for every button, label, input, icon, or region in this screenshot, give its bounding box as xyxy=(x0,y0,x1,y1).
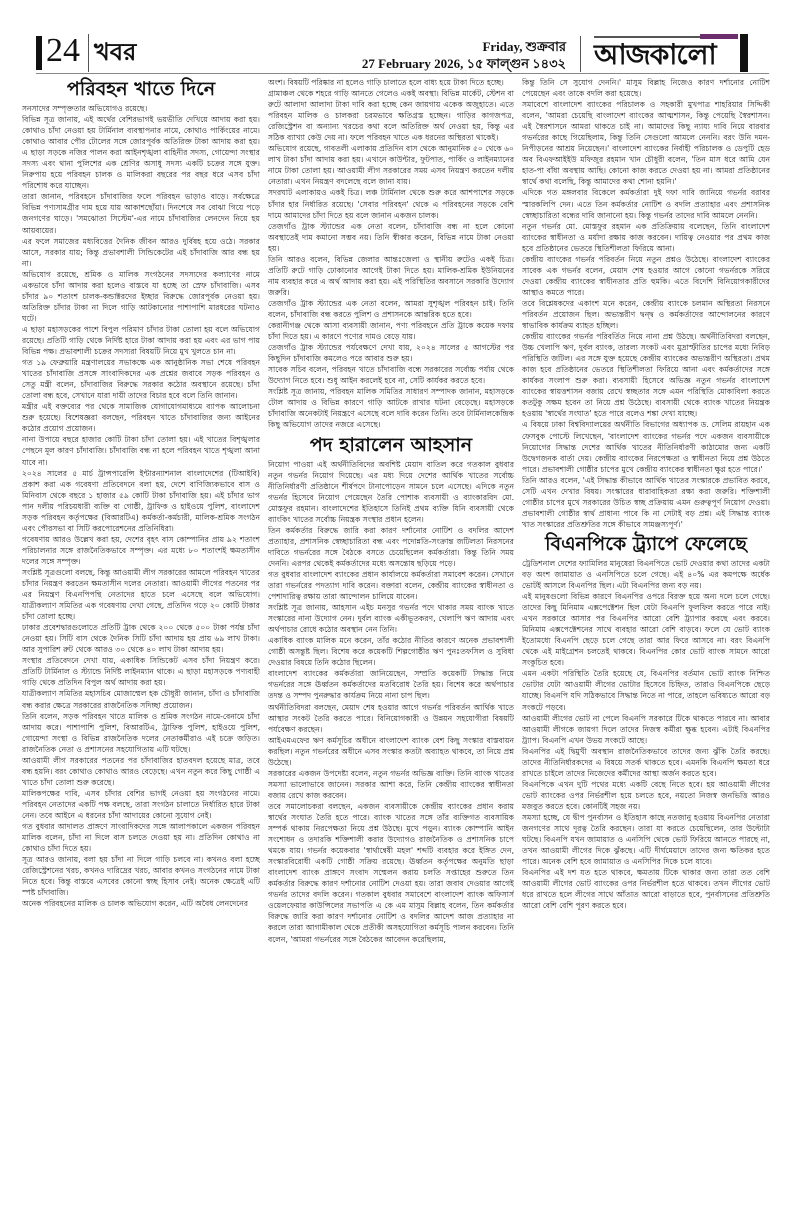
article-body: ট্রেডিশনাল দেশের ফ্যামিলির মানুষেরা বিএন… xyxy=(522,558,770,912)
paragraph: সমাবেশে বাংলাদেশ ব্যাংকের পরিচালক ও সহকা… xyxy=(522,99,770,187)
paragraph: আইএমএফের ঋণ কর্মসূচির অধীনে বাংলাদেশ ব্য… xyxy=(268,735,514,768)
paragraph: আওয়ামী লীগের ভোট না পেলে বিএনপি সরকারে … xyxy=(522,713,770,746)
paragraph: ট্রেডিশনাল দেশের ফ্যামিলির মানুষেরা বিএন… xyxy=(522,558,770,591)
paragraph: তেজগাঁও ট্রাক স্ট্যান্ডের এক নেতা বলেন, … xyxy=(268,221,514,254)
masthead: 24 খবর Friday, শুক্রবার 27 February 2026… xyxy=(36,34,756,74)
paragraph: সমস্যা হচ্ছে, যে দ্বীপ পুনর্বাসন ও ইতিহা… xyxy=(522,812,770,867)
paragraph: সংশ্লিষ্ট সূত্রগুলো বলছে, কিন্তু আওয়ামী… xyxy=(22,567,260,622)
article-column-left: পরিবহন খাতে দিনে সনসাদের সম্পৃক্ততার অভি… xyxy=(22,77,260,1147)
article-body: কিন্তু তিনি সে সুযোগ দেননি।' মাসুম বিল্ল… xyxy=(522,77,770,530)
paragraph: বিএনপিকে এখন দুটি পথের মধ্যে একটি বেছে ন… xyxy=(522,779,770,812)
divider xyxy=(580,36,581,72)
article-column-middle: অংশ। বিষয়টি পরিষ্কার না হলেও গাড়ি চালা… xyxy=(268,77,514,1147)
article-column-right: কিন্তু তিনি সে সুযোগ দেননি।' মাসুম বিল্ল… xyxy=(522,77,770,1147)
page-number: 24 xyxy=(46,32,80,70)
paragraph: যাত্রীকল্যাণ সমিতির মহাসচিব মোজাম্মেল হক… xyxy=(22,688,260,710)
paragraph: সরকারের একজন উপদেষ্টা বলেন, নতুন গভর্নর … xyxy=(268,768,514,801)
paragraph: কেরানীগঞ্জ থেকে আসা ব্যবসায়ী জানান, পণ্… xyxy=(268,320,514,342)
article-body: সনসাদের সম্পৃক্ততার অভিযোগও রয়েছে।বিভিন… xyxy=(22,103,260,909)
section-title: খবর xyxy=(94,36,136,68)
paragraph: সূত্র আরও জানায়, বলা হয় চাঁদা না দিলে … xyxy=(22,854,260,898)
paragraph: সদরঘাট এলাকায়ও একই চিত্র। লঞ্চ টার্মিনা… xyxy=(268,187,514,220)
paragraph: সংস্থার প্রতিবেদনে দেখা যায়, একাধিক সিন… xyxy=(22,655,260,688)
paragraph: বিএনপির এই দশ যত হতে থাকবে, ক্ষমতায় টিক… xyxy=(522,867,770,911)
paragraph: এমন একটা পরিস্থিতি তৈরি হয়েছে যে, বিএনপ… xyxy=(522,668,770,712)
paragraph: অর্থনীতিবিদরা বলছেন, মেয়াদ শেষ হওয়ার আ… xyxy=(268,702,514,735)
paragraph: মন্ত্রীর এই বক্তব্যের পর থেকে সামাজিক যো… xyxy=(22,401,260,434)
paragraph: নতুন গভর্নর মো. মোস্তফুর রহমান এক প্রতিক… xyxy=(522,221,770,254)
headline-ahsan: পদ হারালেন আহসান xyxy=(268,433,514,457)
paragraph: তারা জানান, পরিবহনে চাঁদাবাজির ফলে পরিবহ… xyxy=(22,191,260,235)
paragraph: গবেষণায় আরও উল্লেখ করা হয়, দেশের বৃহৎ … xyxy=(22,534,260,567)
logo-text: আজকালো xyxy=(594,38,716,72)
weekday: Friday, শুক্রবার xyxy=(362,38,566,55)
paragraph: তবে বিশ্লেষকদের একাংশ মনে করেন, কেন্দ্রী… xyxy=(522,298,770,331)
paragraph: সাবেক সচিব বলেন, পরিবহন খাতে চাঁদাবাজি ব… xyxy=(268,364,514,386)
paragraph: এ ছাড়া মহাসড়কের পাশে বিপুল পরিমাণ চাঁদ… xyxy=(22,324,260,357)
paragraph: ঢাকার প্রবেশদ্বারগুলোতে প্রতিটি ট্রাক থে… xyxy=(22,622,260,655)
paragraph: সনসাদের সম্পৃক্ততার অভিযোগও রয়েছে। xyxy=(22,103,260,114)
paragraph: কেন্দ্রীয় ব্যাংকের গভর্নর পরিবর্তন নিয়… xyxy=(522,254,770,298)
paragraph: সংশ্লিষ্ট সূত্র জানায়, আহসান এইচ মনসুর … xyxy=(268,602,514,635)
paragraph: অভিযোগ রয়েছে, শ্রমিক ও মালিক সংগঠনের সদ… xyxy=(22,269,260,324)
headline-transport: পরিবহন খাতে দিনে xyxy=(22,77,260,101)
newspaper-logo: আজকালো xyxy=(588,34,748,72)
paragraph: তিনি আরও বলেন, বিভিন্ন জেলার আন্তঃজেলা ও… xyxy=(268,254,514,298)
paragraph: তেজগাঁও ট্রাক স্ট্যান্ডের এক নেতা বলেন, … xyxy=(268,298,514,320)
paragraph: বাংলাদেশ ব্যাংকের কর্মকর্তারা জানিয়েছেন… xyxy=(268,668,514,701)
paragraph: অভিযোগ রয়েছে, গাবতলী এলাকায় প্রতিদিন ব… xyxy=(268,143,514,187)
paragraph: গত বুধবার বাংলাদেশ ব্যাংকের প্রধান কার্য… xyxy=(268,569,514,602)
paragraph: অংশ। বিষয়টি পরিষ্কার না হলেও গাড়ি চালা… xyxy=(268,77,514,88)
paragraph: এ বিষয়ে ঢাকা বিশ্ববিদ্যালয়ের অর্থনীতি … xyxy=(522,419,770,474)
paragraph: তেজগাঁও ট্রাক স্ট্যান্ডের পর্যবেক্ষণে দে… xyxy=(268,342,514,364)
paragraph: তিনি আরও বলেন, 'এই সিদ্ধান্ত কীভাবে আর্থ… xyxy=(522,475,770,530)
paragraph: সংশ্লিষ্ট সূত্র জানায়, পরিবহন মালিক সমি… xyxy=(268,386,514,430)
page-number-bar xyxy=(36,36,42,70)
paragraph: তবে সমালোচকরা বলছেন, একজন ব্যবসায়ীকে কে… xyxy=(268,801,514,945)
paragraph: ২০২৪ সালের ৫ মার্চ ট্রান্সপারেন্সি ইন্টা… xyxy=(22,468,260,534)
paragraph: গত বুধবার আদালত প্রাঙ্গণে সাংবাদিকদের সঙ… xyxy=(22,821,260,854)
paragraph: গত ১৯ ফেব্রুয়ারি মন্ত্রণালয়ের সভাকক্ষে… xyxy=(22,357,260,401)
paragraph: আওয়ামী লীগ সরকারের পতনের পর চাঁদাবাজির … xyxy=(22,755,260,788)
paragraph: বিএনপির এই দ্বিমুখী অবস্থান রাজনৈতিকভাবে… xyxy=(522,746,770,779)
paragraph: একাধিক ব্যাংক মালিক মনে করেন, তাঁর কঠোর … xyxy=(268,635,514,668)
header-rule xyxy=(36,73,769,74)
divider xyxy=(88,34,89,72)
paragraph: কিন্তু তিনি সে সুযোগ দেননি।' মাসুম বিল্ল… xyxy=(522,77,770,99)
paragraph: নানা উপায়ে বছরে হাজার কোটি টাকা চাঁদা ত… xyxy=(22,434,260,467)
paragraph: এদিকে গত মঙ্গলবার বিকেলে কর্মকর্তারা দুই… xyxy=(522,187,770,220)
date: 27 February 2026, ১৫ ফাল্গুন ১৪৩২ xyxy=(362,55,566,72)
paragraph: এই মানুষগুলো বিভিন্ন কারণে বিএনপির ওপরে … xyxy=(522,591,770,668)
date-block: Friday, শুক্রবার 27 February 2026, ১৫ ফা… xyxy=(362,38,566,72)
logo-bar xyxy=(740,34,748,72)
article-body: নিয়োগ পাওয়া এই অর্থনীতিবিদের অবশিষ্ট ম… xyxy=(268,459,514,945)
paragraph: কেন্দ্রীয় ব্যাংকের গভর্নর পরিবর্তিত নিয… xyxy=(522,331,770,419)
paragraph: অনেক পরিবহনের মালিক ও চালক অভিযোগ করেন, … xyxy=(22,898,260,909)
article-body: অংশ। বিষয়টি পরিষ্কার না হলেও গাড়ি চালা… xyxy=(268,77,514,431)
paragraph: তিন কর্মকর্তার বিরুদ্ধে জারি করা কারণ দর… xyxy=(268,525,514,569)
paragraph: মালিকপক্ষের দাবি, এসব চাঁদার বেশির ভাগই … xyxy=(22,788,260,821)
headline-bnp: বিএনপিকে ট্র্যাপে ফেলেছে xyxy=(522,532,770,556)
paragraph: নিয়োগ পাওয়া এই অর্থনীতিবিদের অবশিষ্ট ম… xyxy=(268,459,514,525)
paragraph: এর ফলে সমাজের মধ্যবিত্তের দৈনিক জীবন আরও… xyxy=(22,236,260,269)
paragraph: বিভিন্ন সূত্র জানায়, এই অর্থের বেশিরভাগ… xyxy=(22,114,260,191)
paragraph: তিনি বলেন, সড়ক পরিবহন খাতে মালিক ও শ্রম… xyxy=(22,711,260,755)
paragraph: গ্রামাঞ্চল থেকে শহরে গাড়ি আনতে গেলেও এক… xyxy=(268,88,514,143)
